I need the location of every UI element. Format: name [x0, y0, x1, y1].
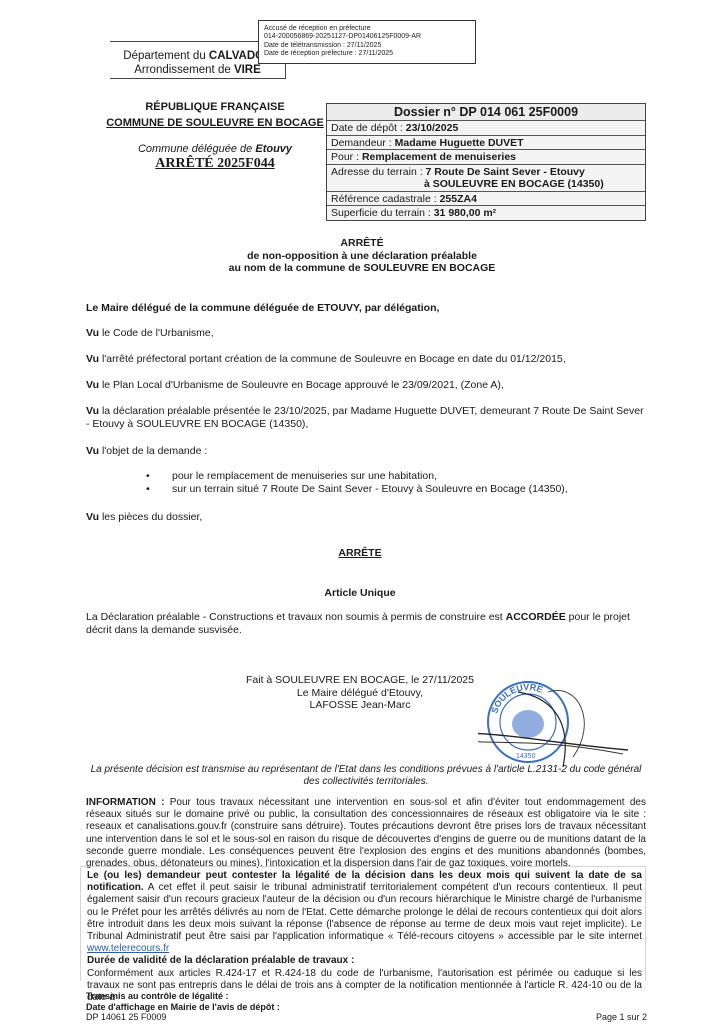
vu-arrete-prefectoral: Vu l'arrêté préfectoral portant création… [86, 353, 646, 366]
departement-prefix: Département du [123, 50, 209, 62]
title-block: ARRÊTÉ de non-opposition à une déclarati… [150, 237, 574, 275]
dossier-table: Dossier n° DP 014 061 25F0009 Date de dé… [326, 103, 646, 221]
footer-dossier-ref: DP 14061 25 F0009 [86, 1012, 646, 1023]
vu-word: Vu [86, 379, 99, 391]
information-paragraph: INFORMATION : Pour tous travaux nécessit… [86, 797, 646, 870]
transmission-note: La présente décision est transmise au re… [86, 764, 646, 788]
decision-text: La Déclaration préalable - Constructions… [86, 611, 646, 637]
row-label: Référence cadastrale : [331, 193, 440, 205]
arrete-number: ARRÊTÉ 2025F044 [100, 156, 330, 172]
left-header: RÉPUBLIQUE FRANÇAISE COMMUNE DE SOULEUVR… [100, 100, 330, 172]
row-label: Pour : [331, 151, 362, 163]
vu-word: Vu [86, 445, 99, 457]
decision-accordee: ACCORDÉE [506, 611, 566, 623]
page-number: Page 1 sur 2 [596, 1012, 647, 1022]
recourse-text: A cet effet il peut saisir le tribunal a… [87, 882, 642, 942]
dossier-row-superficie: Superficie du terrain : 31 980,00 m² [327, 205, 645, 220]
objet-list: pour le remplacement de menuiseries sur … [146, 470, 666, 496]
row-label: Date de dépôt : [331, 122, 406, 134]
vu-text: le Plan Local d'Urbanisme de Souleuvre e… [99, 379, 504, 391]
row-value: Madame Huguette DUVET [395, 137, 524, 149]
vu-word: Vu [86, 353, 99, 365]
information-label: INFORMATION : [86, 797, 164, 808]
row-value: 255ZA4 [440, 193, 477, 205]
vu-objet: Vu l'objet de la demande : [86, 445, 646, 458]
article-heading: Article Unique [260, 587, 460, 599]
title-line-2: de non-opposition à une déclaration préa… [150, 250, 574, 263]
accuse-line-3: Date de télétransmission : 27/11/2025 [264, 42, 475, 50]
accuse-line-2: 014-200056869-20251127-DP01406125F0009-A… [264, 33, 475, 41]
vu-text: les pièces du dossier, [99, 511, 202, 523]
row-label: Demandeur : [331, 137, 395, 149]
vu-declaration: Vu la déclaration préalable présentée le… [86, 405, 646, 431]
telerecours-link[interactable]: www.telerecours.fr [87, 943, 169, 954]
row-value: Remplacement de menuiseries [362, 151, 516, 163]
list-item: sur un terrain situé 7 Route De Saint Se… [146, 483, 666, 496]
row-value-2: à SOULEUVRE EN BOCAGE (14350) [331, 178, 641, 191]
validity-heading: Durée de validité de la déclaration préa… [87, 955, 642, 967]
commune-deleguee: Commune déléguée de Etouvy [100, 143, 330, 156]
arrete-heading: ARRÊTE [280, 547, 440, 559]
arrondissement-prefix: Arrondissement de [134, 64, 234, 76]
row-value: 7 Route De Saint Sever - Etouvy [426, 166, 585, 178]
row-value: 23/10/2025 [406, 122, 459, 134]
vu-word: Vu [86, 327, 99, 339]
vu-text: le Code de l'Urbanisme, [99, 327, 214, 339]
dossier-row-date: Date de dépôt : 23/10/2025 [327, 120, 645, 135]
list-item: pour le remplacement de menuiseries sur … [146, 470, 666, 483]
vu-text: l'objet de la demande : [99, 445, 207, 457]
arrondissement-line: Arrondissement de VIRE [110, 63, 285, 77]
arrondissement-name: VIRE [234, 64, 261, 76]
dossier-row-pour: Pour : Remplacement de menuiseries [327, 149, 645, 164]
vu-plu: Vu le Plan Local d'Urbanisme de Souleuvr… [86, 379, 646, 392]
accuse-line-4: Date de réception préfecture : 27/11/202… [264, 50, 475, 58]
official-stamp: SOULEUVRE 14350 [478, 672, 578, 772]
dossier-title: Dossier n° DP 014 061 25F0009 [327, 104, 645, 120]
row-label: Superficie du terrain : [331, 207, 434, 219]
vu-pieces: Vu les pièces du dossier, [86, 511, 646, 524]
footer: Transmis au contrôle de légalité : Date … [86, 991, 646, 1023]
commune-heading: COMMUNE DE SOULEUVRE EN BOCAGE [100, 115, 330, 132]
svg-text:14350: 14350 [516, 753, 536, 760]
accuse-reception-box: Accusé de réception en préfecture 014-20… [258, 20, 476, 64]
svg-text:SOULEUVRE: SOULEUVRE [489, 682, 544, 715]
vu-word: Vu [86, 511, 99, 523]
row-value: 31 980,00 m² [434, 207, 496, 219]
accuse-line-1: Accusé de réception en préfecture [264, 25, 475, 33]
vu-code-urbanisme: Vu le Code de l'Urbanisme, [86, 327, 646, 340]
vu-text: la déclaration préalable présentée le 23… [86, 405, 644, 430]
vu-word: Vu [86, 405, 99, 417]
signature-role: Le Maire délégué d'Etouvy, [220, 687, 500, 700]
signature-block: Fait à SOULEUVRE EN BOCAGE, le 27/11/202… [220, 674, 500, 712]
maire-line: Le Maire délégué de la commune déléguée … [86, 302, 646, 315]
footer-transmis: Transmis au contrôle de légalité : [86, 991, 646, 1002]
title-arrete: ARRÊTÉ [150, 237, 574, 250]
dossier-row-cadastre: Référence cadastrale : 255ZA4 [327, 191, 645, 206]
dossier-row-demandeur: Demandeur : Madame Huguette DUVET [327, 135, 645, 150]
vu-text: l'arrêté préfectoral portant création de… [99, 353, 566, 365]
legal-recourse-box: Le (ou les) demandeur peut contester la … [80, 866, 646, 981]
deleguee-name: Etouvy [255, 143, 292, 155]
signature-name: LAFOSSE Jean-Marc [220, 699, 500, 712]
republique-heading: RÉPUBLIQUE FRANÇAISE [100, 100, 330, 115]
title-line-3: au nom de la commune de SOULEUVRE EN BOC… [150, 262, 574, 275]
row-label: Adresse du terrain : [331, 166, 426, 178]
footer-affichage: Date d'affichage en Mairie de l'avis de … [86, 1002, 646, 1013]
dossier-row-adresse: Adresse du terrain : 7 Route De Saint Se… [327, 164, 645, 191]
decision-text-before: La Déclaration préalable - Constructions… [86, 611, 506, 623]
deleguee-prefix: Commune déléguée de [138, 143, 255, 155]
signature-place-date: Fait à SOULEUVRE EN BOCAGE, le 27/11/202… [220, 674, 500, 687]
